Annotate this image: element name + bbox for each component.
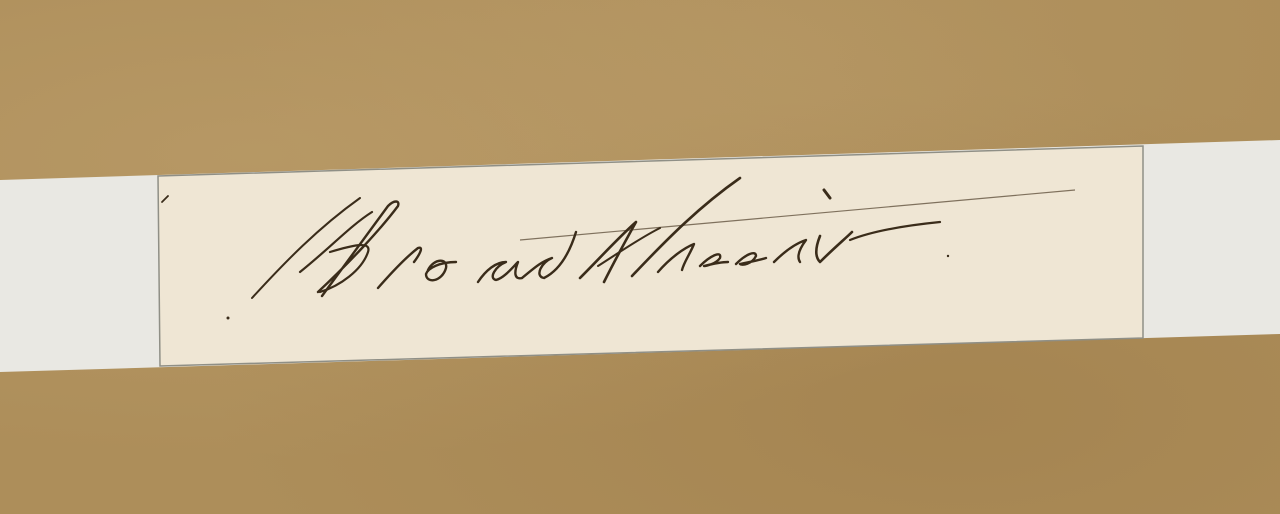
- document-scan: [0, 0, 1280, 514]
